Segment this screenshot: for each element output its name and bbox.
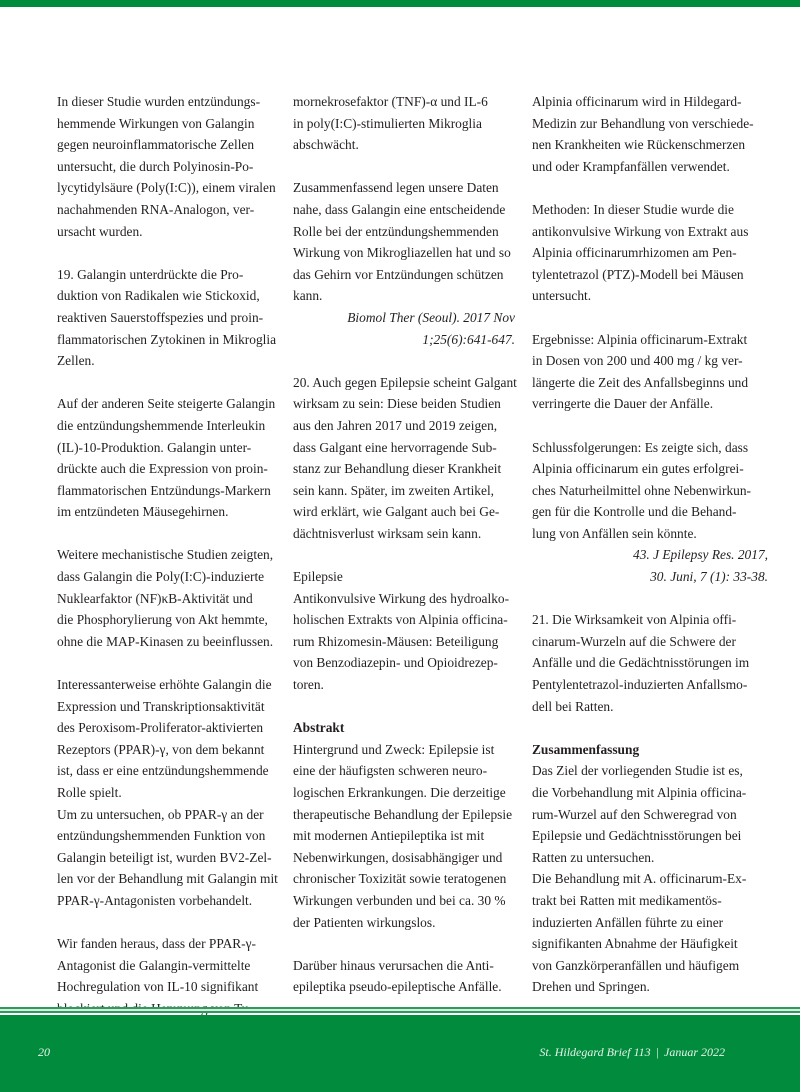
text-line: Hochregulation von IL-10 signifikant — [57, 976, 279, 998]
paragraph: EpilepsieAntikonvulsive Wirkung des hydr… — [293, 566, 515, 696]
text-line: Ratten zu untersuchen. — [532, 847, 768, 869]
text-line: kann. — [293, 285, 515, 307]
text-line: epileptika pseudo-epileptische Anfälle. — [293, 976, 515, 998]
text-line: ist, dass er eine entzündungshemmende — [57, 760, 279, 782]
text-line: Die Behandlung mit A. officinarum-Ex- — [532, 868, 768, 890]
text-line: 21. Die Wirksamkeit von Alpinia offi- — [532, 609, 768, 631]
text-line: cinarum-Wurzeln auf die Schwere der — [532, 631, 768, 653]
text-line: nen Krankheiten wie Rückenschmerzen — [532, 134, 768, 156]
citation-line: 43. J Epilepsy Res. 2017, — [532, 544, 768, 566]
text-line: reaktiven Sauerstoffspezies und proin- — [57, 307, 279, 329]
text-line: (IL)-10-Produktion. Galangin unter- — [57, 437, 279, 459]
paragraph: 21. Die Wirksamkeit von Alpinia offi-cin… — [532, 609, 768, 717]
text-line: flammatorischen Zytokinen in Mikroglia — [57, 329, 279, 351]
text-line: Schlussfolgerungen: Es zeigte sich, dass — [532, 437, 768, 459]
paragraph: 20. Auch gegen Epilepsie scheint Galgant… — [293, 372, 515, 545]
text-line: verringerte die Dauer der Anfälle. — [532, 393, 768, 415]
citation-line: 1;25(6):641-647. — [293, 329, 515, 351]
text-line: gegen neuroinflammatorische Zellen — [57, 134, 279, 156]
text-line: nachahmenden RNA-Analogon, ver- — [57, 199, 279, 221]
text-line: Alpinia officinarum wird in Hildegard- — [532, 91, 768, 113]
text-line: Darüber hinaus verursachen die Anti- — [293, 955, 515, 977]
text-line: 20. Auch gegen Epilepsie scheint Galgant — [293, 372, 515, 394]
text-line: das Gehirn vor Entzündungen schützen — [293, 264, 515, 286]
text-line: gen für die Kontrolle und die Behand- — [532, 501, 768, 523]
text-line: wird erklärt, wie Galgant auch bei Ge- — [293, 501, 515, 523]
text-line: Nuklearfaktor (NF)κB-Aktivität und — [57, 588, 279, 610]
text-line: Medizin zur Behandlung von verschiede- — [532, 113, 768, 135]
text-line: untersucht, die durch Polyinosin-Po- — [57, 156, 279, 178]
paragraph: mornekrosefaktor (TNF)-α und IL-6in poly… — [293, 91, 515, 156]
text-line: rum Rhizomesin-Mäusen: Beteiligung — [293, 631, 515, 653]
text-line: Interessanterweise erhöhte Galangin die — [57, 674, 279, 696]
text-line: stanz zur Behandlung dieser Krankheit — [293, 458, 515, 480]
text-line: toren. — [293, 674, 515, 696]
text-line: tylentetrazol (PTZ)-Modell bei Mäusen — [532, 264, 768, 286]
text-line: die entzündungshemmende Interleukin — [57, 415, 279, 437]
text-line: Auf der anderen Seite steigerte Galangin — [57, 393, 279, 415]
text-line: Epilepsie und Gedächtnisstörungen bei — [532, 825, 768, 847]
text-line: Galangin beteiligt ist, wurden BV2-Zel- — [57, 847, 279, 869]
text-line: ohne die MAP-Kinasen zu beeinflussen. — [57, 631, 279, 653]
text-line: flammatorischen Entzündungs-Markern — [57, 480, 279, 502]
paragraph: ZusammenfassungDas Ziel der vorliegenden… — [532, 739, 768, 998]
text-line: Rezeptors (PPAR)-γ, von dem bekannt — [57, 739, 279, 761]
text-line: und oder Krampfanfällen verwendet. — [532, 156, 768, 178]
text-line: drückte auch die Expression von proin- — [57, 458, 279, 480]
text-line: Pentylentetrazol-induzierten Anfallsmo- — [532, 674, 768, 696]
text-line: ches Naturheilmittel ohne Nebenwirkun- — [532, 480, 768, 502]
text-line: dass Galgant eine hervorragende Sub- — [293, 437, 515, 459]
publication-name: St. Hildegard Brief 113 — [539, 1045, 650, 1059]
text-line: antikonvulsive Wirkung von Extrakt aus — [532, 221, 768, 243]
text-line: Wirkungen verbunden und bei ca. 30 % — [293, 890, 515, 912]
text-line: Das Ziel der vorliegenden Studie ist es, — [532, 760, 768, 782]
text-line: dell bei Ratten. — [532, 696, 768, 718]
text-line: entzündungshemmenden Funktion von — [57, 825, 279, 847]
paragraph: Darüber hinaus verursachen die Anti-epil… — [293, 955, 515, 998]
text-line: trakt bei Ratten mit medikamentös- — [532, 890, 768, 912]
text-line: ursacht wurden. — [57, 221, 279, 243]
text-line: Alpinia officinarum ein gutes erfolgrei- — [532, 458, 768, 480]
column-left: In dieser Studie wurden entzündungs-hemm… — [57, 91, 279, 1041]
text-line: rum-Wurzel auf den Schweregrad von — [532, 804, 768, 826]
text-line: eine der häufigsten schweren neuro- — [293, 760, 515, 782]
text-line: sein kann. Später, im zweiten Artikel, — [293, 480, 515, 502]
text-line: duktion von Radikalen wie Stickoxid, — [57, 285, 279, 307]
text-line: die Phosphorylierung von Akt hemmte, — [57, 609, 279, 631]
paragraph: Weitere mechanistische Studien zeigten,d… — [57, 544, 279, 652]
text-line: Methoden: In dieser Studie wurde die — [532, 199, 768, 221]
text-line: Wir fanden heraus, dass der PPAR-γ- — [57, 933, 279, 955]
section-heading: Abstrakt — [293, 717, 515, 739]
text-line: Zusammenfassend legen unsere Daten — [293, 177, 515, 199]
text-line: der Patienten wirkungslos. — [293, 912, 515, 934]
text-line: Ergebnisse: Alpinia officinarum-Extrakt — [532, 329, 768, 351]
text-line: nahe, dass Galangin eine entscheidende — [293, 199, 515, 221]
text-line: von Ganzkörperanfällen und häufigem — [532, 955, 768, 977]
citation-line: Biomol Ther (Seoul). 2017 Nov — [293, 307, 515, 329]
text-line: Zellen. — [57, 350, 279, 372]
text-line: die Vorbehandlung mit Alpinia officina- — [532, 782, 768, 804]
paragraph: Zusammenfassend legen unsere Datennahe, … — [293, 177, 515, 350]
text-line: logischen Erkrankungen. Die derzeitige — [293, 782, 515, 804]
text-line: Drehen und Springen. — [532, 976, 768, 998]
text-line: len vor der Behandlung mit Galangin mit — [57, 868, 279, 890]
section-heading: Zusammenfassung — [532, 739, 768, 761]
text-line: abschwächt. — [293, 134, 515, 156]
text-line: Hintergrund und Zweck: Epilepsie ist — [293, 739, 515, 761]
paragraph: In dieser Studie wurden entzündungs-hemm… — [57, 91, 279, 242]
text-line: längerte die Zeit des Anfallsbeginns und — [532, 372, 768, 394]
text-line: in poly(I:C)-stimulierten Mikroglia — [293, 113, 515, 135]
text-line: lung von Anfällen sein könnte. — [532, 523, 768, 545]
publication-info: St. Hildegard Brief 113|Januar 2022 — [539, 1045, 725, 1060]
text-line: aus den Jahren 2017 und 2019 zeigen, — [293, 415, 515, 437]
text-line: des Peroxisom-Proliferator-aktivierten — [57, 717, 279, 739]
page-footer: 20 St. Hildegard Brief 113|Januar 2022 — [0, 1015, 800, 1092]
column-right: Alpinia officinarum wird in Hildegard-Me… — [532, 91, 768, 1020]
issue-date: Januar 2022 — [664, 1045, 725, 1059]
text-line: lycytidylsäure (Poly(I:C)), einem virale… — [57, 177, 279, 199]
footer-separator: | — [656, 1045, 659, 1059]
text-line: Wirkung von Mikrogliazellen hat und so — [293, 242, 515, 264]
text-line: PPAR-γ-Antagonisten vorbehandelt. — [57, 890, 279, 912]
paragraph: Methoden: In dieser Studie wurde dieanti… — [532, 199, 768, 307]
text-line: dächtnisverlust wirksam sein kann. — [293, 523, 515, 545]
text-line: von Benzodiazepin- und Opioidrezep- — [293, 652, 515, 674]
citation-line: 30. Juni, 7 (1): 33-38. — [532, 566, 768, 588]
paragraph: Alpinia officinarum wird in Hildegard-Me… — [532, 91, 768, 177]
text-line: hemmende Wirkungen von Galangin — [57, 113, 279, 135]
text-line: Nebenwirkungen, dosisabhängiger und — [293, 847, 515, 869]
text-line: In dieser Studie wurden entzündungs- — [57, 91, 279, 113]
text-line: Antagonist die Galangin-vermittelte — [57, 955, 279, 977]
text-line: Epilepsie — [293, 566, 515, 588]
text-line: Anfälle und die Gedächtnisstörungen im — [532, 652, 768, 674]
text-line: induzierten Anfällen führte zu einer — [532, 912, 768, 934]
text-line: chronischer Toxizität sowie teratogenen — [293, 868, 515, 890]
text-line: therapeutische Behandlung der Epilepsie — [293, 804, 515, 826]
paragraph: AbstraktHintergrund und Zweck: Epilepsie… — [293, 717, 515, 933]
text-line: untersucht. — [532, 285, 768, 307]
footer-rule-bottom — [0, 1011, 800, 1013]
text-line: Rolle spielt. — [57, 782, 279, 804]
paragraph: Interessanterweise erhöhte Galangin dieE… — [57, 674, 279, 912]
paragraph: 19. Galangin unterdrückte die Pro-duktio… — [57, 264, 279, 372]
paragraph: Schlussfolgerungen: Es zeigte sich, dass… — [532, 437, 768, 588]
text-line: mit modernen Antiepileptika ist mit — [293, 825, 515, 847]
text-line: Alpinia officinarumrhizomen am Pen- — [532, 242, 768, 264]
text-line: wirksam zu sein: Diese beiden Studien — [293, 393, 515, 415]
page-number: 20 — [38, 1045, 50, 1060]
paragraph: Ergebnisse: Alpinia officinarum-Extrakti… — [532, 329, 768, 415]
text-line: Antikonvulsive Wirkung des hydroalko- — [293, 588, 515, 610]
text-line: Weitere mechanistische Studien zeigten, — [57, 544, 279, 566]
text-line: 19. Galangin unterdrückte die Pro- — [57, 264, 279, 286]
text-line: Um zu untersuchen, ob PPAR-γ an der — [57, 804, 279, 826]
column-middle: mornekrosefaktor (TNF)-α und IL-6in poly… — [293, 91, 515, 1020]
text-line: im entzündeten Mäusegehirnen. — [57, 501, 279, 523]
text-line: holischen Extrakts von Alpinia officina- — [293, 609, 515, 631]
text-line: dass Galangin die Poly(I:C)-induzierte — [57, 566, 279, 588]
text-line: mornekrosefaktor (TNF)-α und IL-6 — [293, 91, 515, 113]
top-green-bar — [0, 0, 800, 7]
paragraph: Auf der anderen Seite steigerte Galangin… — [57, 393, 279, 523]
text-line: Expression und Transkriptionsaktivität — [57, 696, 279, 718]
text-line: signifikanten Abnahme der Häufigkeit — [532, 933, 768, 955]
text-line: Rolle bei der entzündungshemmenden — [293, 221, 515, 243]
text-line: in Dosen von 200 und 400 mg / kg ver- — [532, 350, 768, 372]
